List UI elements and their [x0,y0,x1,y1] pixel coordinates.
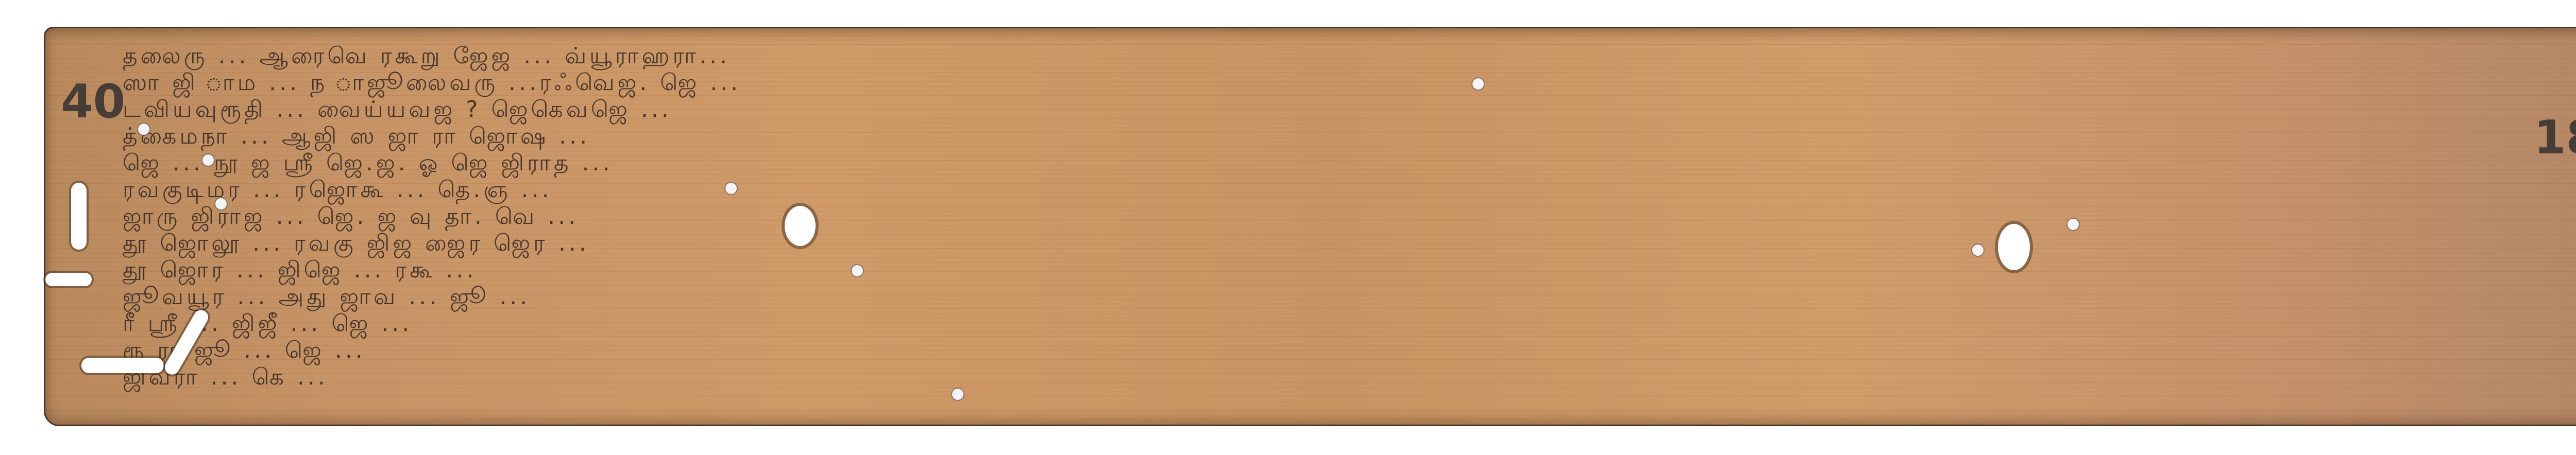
manuscript-text: தலைரு ... ஆரைவெ ரகூறு ஜேஜ ... வ்யூராஹரா.… [123,43,2511,389]
insect-hole [725,183,737,194]
text-line: தூ ஜொலூ ... ரவகு ஜிஜ ஜைர ஜெர ... [123,230,2511,259]
text-line: ஜிவரா ... கெ ... [123,364,2511,393]
insect-hole [952,389,963,400]
text-line: ஸா ஜி ாம ... ந ாஜூலைவரு ...ரஃவெஜ. ஜெ ... [123,69,2511,98]
text-line: ரவகுடிமர ... ரஜொகூ ... தெ.ஞ ... [123,177,2511,205]
palm-leaf: தலைரு ... ஆரைவெ ரகூறு ஜேஜ ... வ்யூராஹரா.… [44,27,2576,426]
text-line: ரூ ரா ஜூ ... ஜெ ... [123,337,2511,366]
text-line: தூ ஜொர ... ஜிஜெ ... ரகூ ... [123,257,2511,286]
text-line: ஜாரு ஜிராஜ ... ஜெ. ஜ வு தா. வெ ... [123,203,2511,232]
text-line: ரீ ஸ்ரீ ... ஜிஜீ ... ஜெ ... [123,310,2511,339]
right-margin-mark: 187 [2534,111,2576,165]
insect-hole [215,198,227,209]
insect-hole [138,124,149,135]
text-line: ஜூவயூர ... அது ஜாவ ... ஜூ ... [123,284,2511,312]
insect-hole [2067,219,2079,230]
text-line: டவியவுரூதி ... வைய்யவஜ ? ஜெகெவஜெ ... [123,96,2511,125]
string-hole-right [1998,224,2030,270]
text-line: தலைரு ... ஆரைவெ ரகூறு ஜேஜ ... வ்யூராஹரா.… [123,43,2511,72]
insect-hole [852,265,863,276]
worm-damage [45,273,92,286]
insect-hole [202,154,214,166]
text-line: த்கைமநா ... ஆஜி ஸ ஜா ரா ஜொஷ ... [123,123,2511,152]
worm-damage [81,358,164,373]
left-margin-mark: 40 [61,75,125,129]
string-hole-left [785,206,816,246]
insect-hole [1972,244,1984,256]
text-line: ஜெ ... நூ ஜ ஸ்ரீ ஜெ.ஜ. ஓ ஜெ ஜிராத ... [123,150,2511,179]
insect-hole [1472,78,1484,90]
worm-damage [71,183,87,250]
